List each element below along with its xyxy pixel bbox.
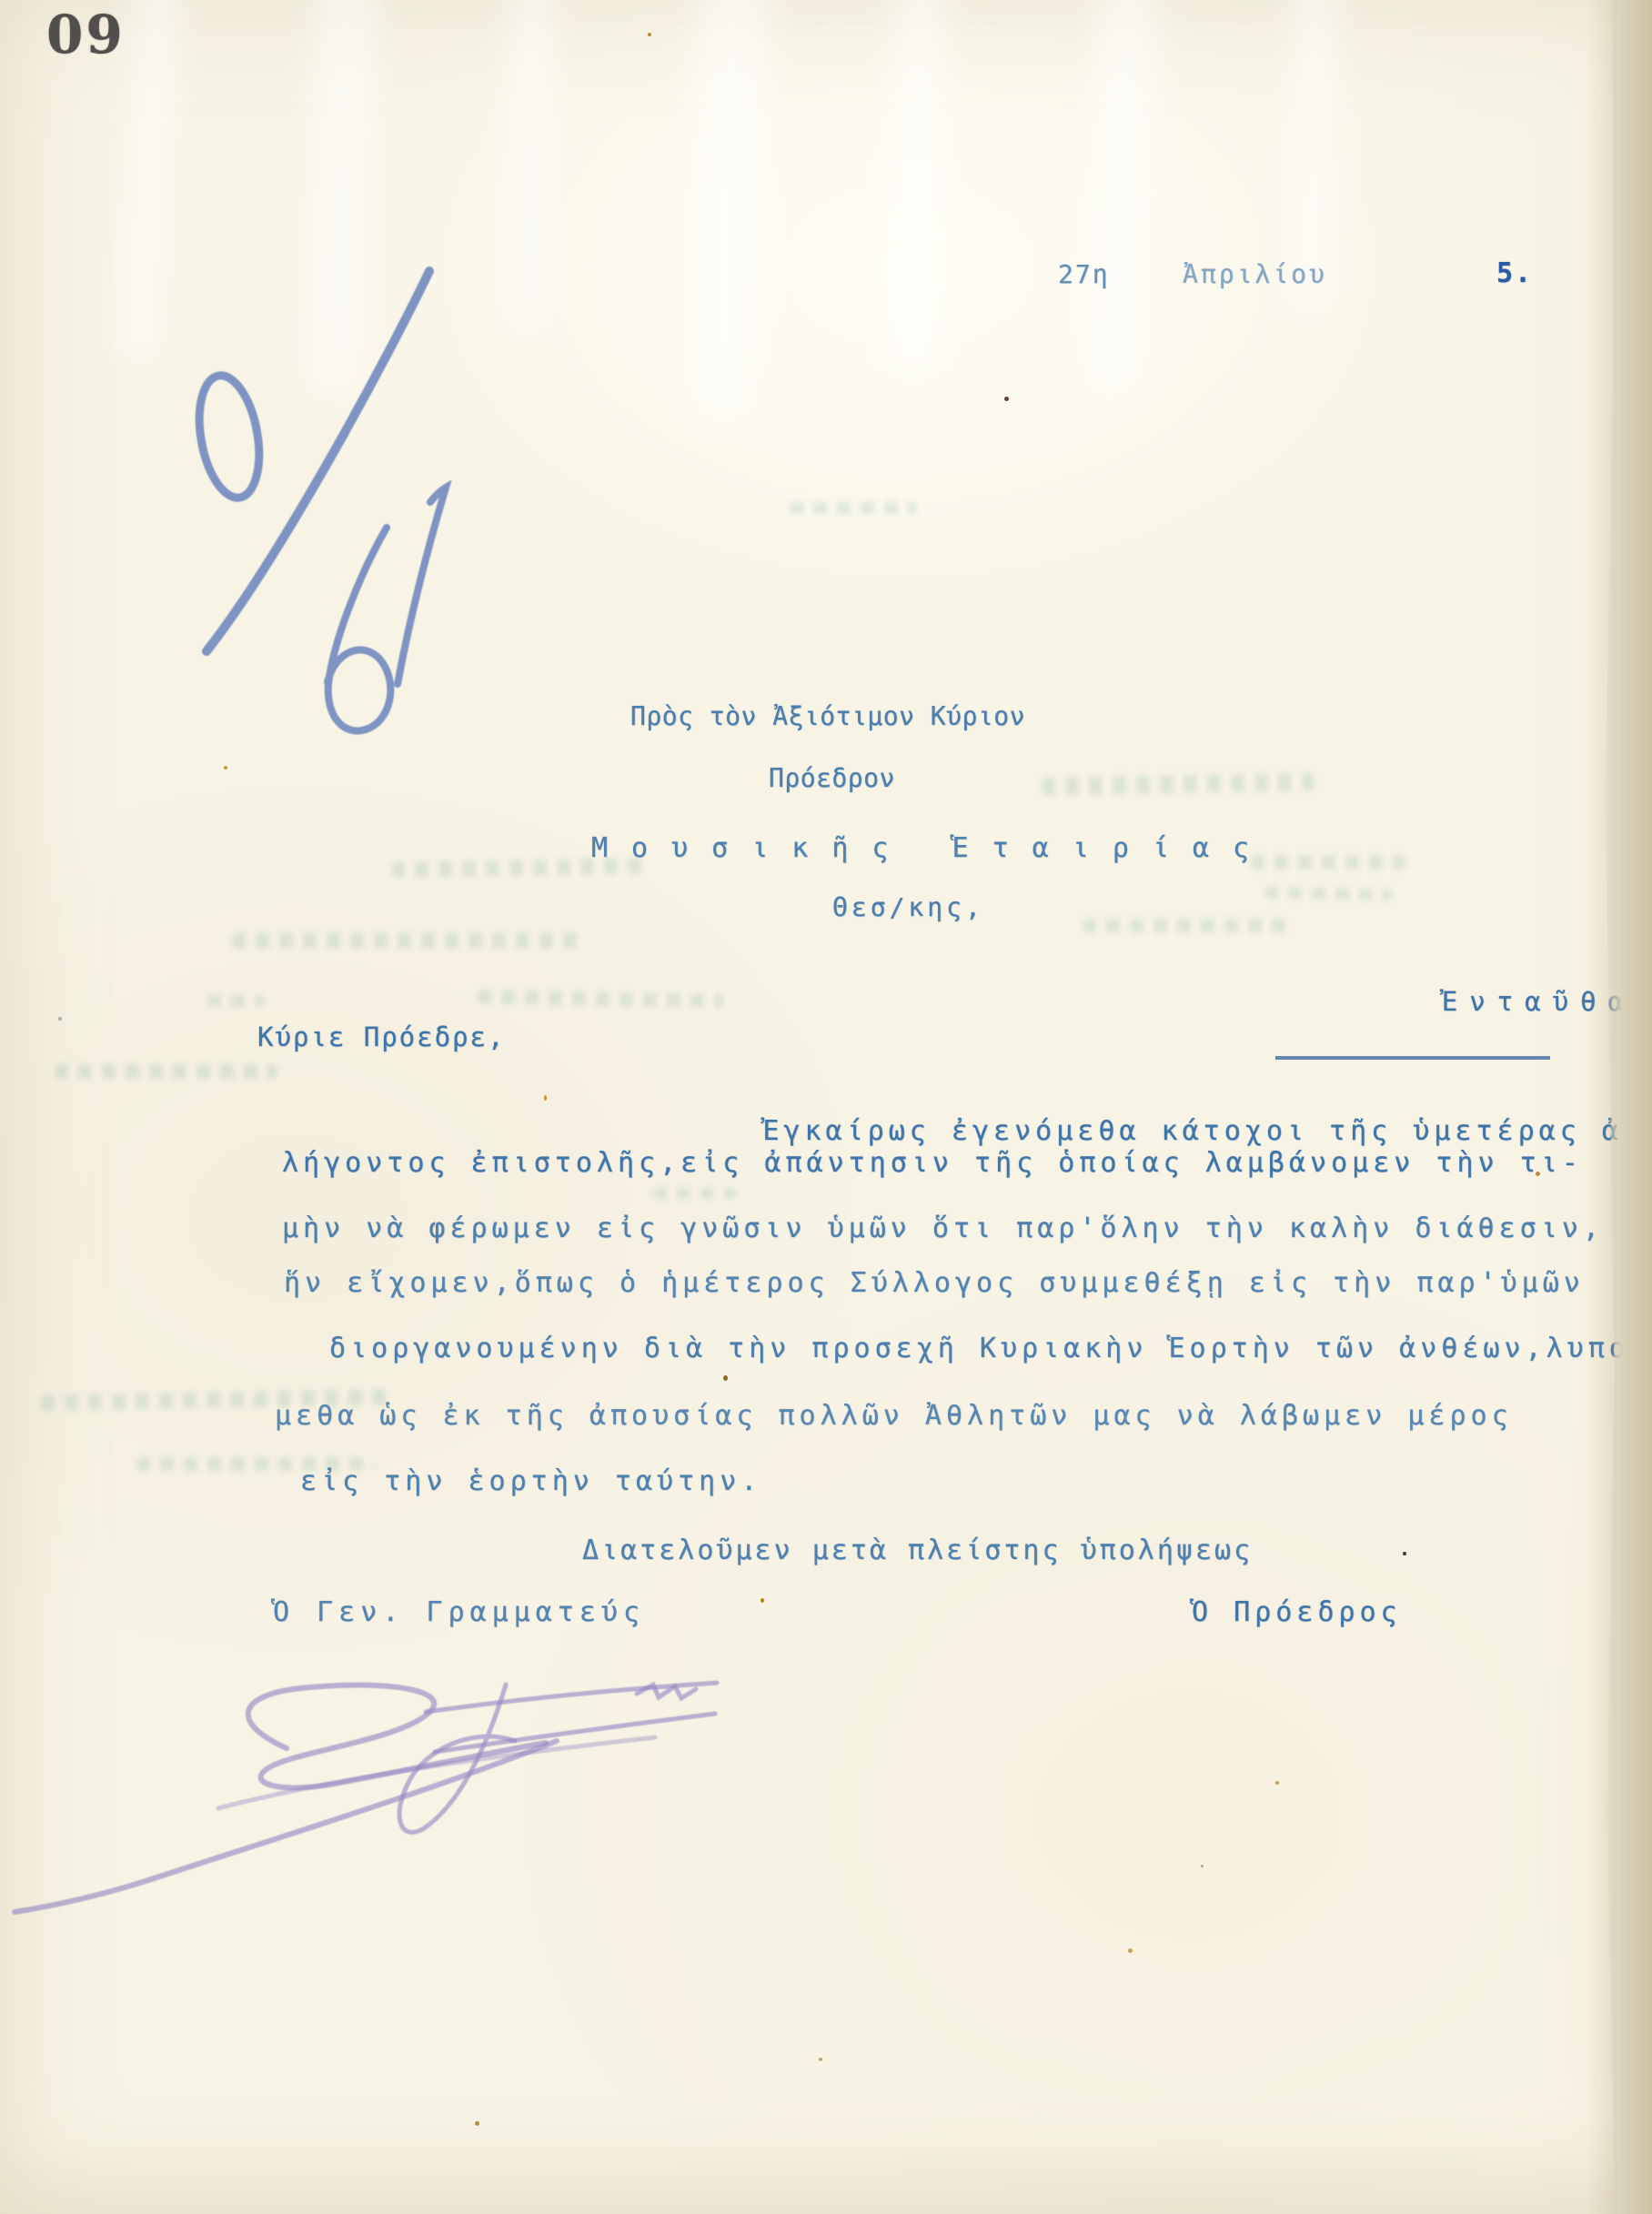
paper-speck xyxy=(1004,397,1009,401)
paper-speck xyxy=(475,2121,479,2126)
bleedthrough-smudge xyxy=(232,932,587,949)
bleedthrough-smudge xyxy=(790,502,917,514)
bleedthrough-smudge xyxy=(207,995,264,1007)
body-line: εἰς τὴν ἑορτὴν ταύτην. xyxy=(300,1466,761,1498)
paper-streak xyxy=(888,0,945,373)
date-year: 5. xyxy=(1496,258,1533,290)
recipient-line-1: Πρὸς τὸν Ἀξιότιμον Κύριον xyxy=(630,702,1025,731)
bleedthrough-smudge xyxy=(55,1064,277,1079)
signatory-left-title: Ὁ Γεν. Γραμματεύς xyxy=(273,1597,645,1629)
salutation: Κύριε Πρόεδρε, xyxy=(257,1022,505,1052)
paper-speck xyxy=(544,1095,547,1101)
body-line: ἥν εἴχομεν,ὅπως ὁ ἡμέτερος Σύλλογος συμμ… xyxy=(284,1268,1585,1300)
letter-scan-page: 60 27η Ἀπριλίου 5. Πρὸς τὸν Ἀξιότιμον Κύ… xyxy=(0,0,1652,2214)
valediction: Διατελοῦμεν μετὰ πλείστης ὑπολήψεως xyxy=(582,1535,1253,1567)
paper-speck xyxy=(1275,1781,1279,1785)
bleedthrough-smudge xyxy=(653,1188,737,1199)
date-day: 27η xyxy=(1058,260,1110,289)
paper-speck xyxy=(1128,1948,1133,1953)
signatory-right-title: Ὁ Πρόεδρος xyxy=(1192,1597,1402,1629)
body-line: διοργανουμένην διὰ τὴν προσεχῆ Κυριακὴν … xyxy=(329,1333,1652,1365)
paper-speck xyxy=(58,1017,62,1021)
bleedthrough-smudge xyxy=(478,990,723,1009)
bleedthrough-smudge xyxy=(1042,772,1315,795)
paper-speck xyxy=(819,2058,822,2061)
recipient-line-2: Πρόεδρον xyxy=(769,764,895,793)
filing-annotation-handwriting xyxy=(164,255,564,764)
recipient-line-4: Θεσ/κης, xyxy=(832,893,984,922)
recipient-location: Ἐνταῦθα xyxy=(1275,957,1550,1060)
bleedthrough-smudge xyxy=(1083,919,1292,932)
recipient-line-3: Μουσικῆς Ἑταιρίας xyxy=(591,833,1273,865)
body-line: μὴν νὰ φέρωμεν εἰς γνῶσιν ὑμῶν ὅτι παρ'ὅ… xyxy=(282,1213,1604,1245)
paper-streak xyxy=(1083,0,1160,401)
paper-speck xyxy=(761,1598,764,1603)
paper-speck xyxy=(224,766,227,770)
paper-speck xyxy=(1403,1552,1406,1555)
bleedthrough-smudge xyxy=(1264,887,1392,901)
body-line: μεθα ὡς ἐκ τῆς ἀπουσίας πολλῶν Ἀθλητῶν μ… xyxy=(275,1401,1513,1433)
paper-streak xyxy=(682,0,772,428)
body-line: λήγοντος ἐπιστολῆς,εἰς ἀπάντησιν τῆς ὁπο… xyxy=(282,1148,1583,1180)
page-number-stamp: 60 xyxy=(44,2,123,64)
bleedthrough-smudge xyxy=(1251,855,1405,870)
signature-scrawl xyxy=(0,1665,746,1928)
paper-speck xyxy=(648,33,651,36)
body-opening-text: Ἐγκαίρως ἐγενόμεθα κάτοχοι τῆς ὑμετέρας … xyxy=(762,1115,1652,1147)
paper-speck xyxy=(723,1375,728,1381)
paper-speck xyxy=(1201,1865,1204,1867)
date-month: Ἀπριλίου xyxy=(1183,260,1327,289)
